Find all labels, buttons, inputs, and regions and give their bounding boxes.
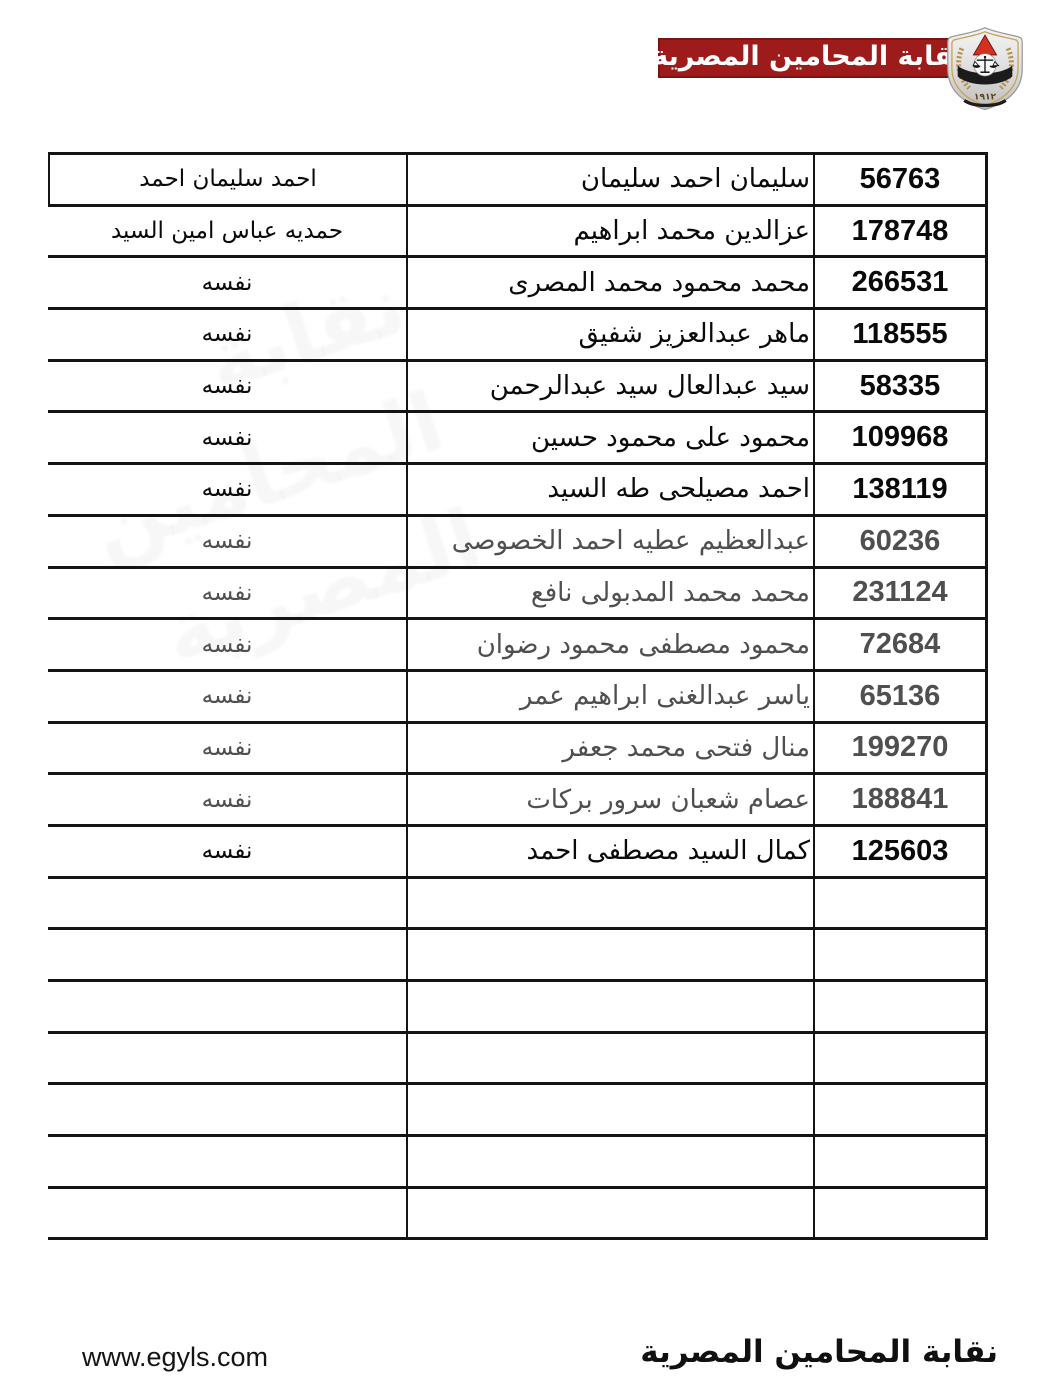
name-cell: سيد عبدالعال سيد عبدالرحمن xyxy=(408,362,815,411)
number-cell xyxy=(815,1085,988,1134)
document-page: نقابة المحامين المصرية xyxy=(0,0,1050,1400)
number-cell xyxy=(815,982,988,1031)
table-row: نفسهماهر عبدالعزيز شفيق118555 xyxy=(48,310,988,362)
name-cell xyxy=(408,1189,815,1238)
number-cell: 266531 xyxy=(815,258,988,307)
number-cell: 125603 xyxy=(815,827,988,876)
name-cell xyxy=(408,1137,815,1186)
table-row: احمد سليمان احمدسليمان احمد سليمان56763 xyxy=(48,155,988,207)
agent-cell xyxy=(48,879,408,928)
agent-cell: نفسه xyxy=(48,310,408,359)
empty-table-row xyxy=(48,930,988,982)
empty-table-row xyxy=(48,982,988,1034)
name-cell: منال فتحى محمد جعفر xyxy=(408,724,815,773)
header-banner-title: نقابة المحامين المصرية xyxy=(652,43,964,74)
number-cell: 109968 xyxy=(815,413,988,462)
number-cell xyxy=(815,1189,988,1238)
empty-table-row xyxy=(48,1137,988,1189)
number-cell: 178748 xyxy=(815,207,988,256)
table-row: نفسهعبدالعظيم عطيه احمد الخصوصى60236 xyxy=(48,517,988,569)
number-cell xyxy=(815,1034,988,1083)
empty-table-row xyxy=(48,1034,988,1086)
agent-cell: نفسه xyxy=(48,724,408,773)
name-cell: محمد محمود محمد المصرى xyxy=(408,258,815,307)
name-cell: محمود مصطفى محمود رضوان xyxy=(408,620,815,669)
name-cell xyxy=(408,879,815,928)
number-cell: 118555 xyxy=(815,310,988,359)
agent-cell: نفسه xyxy=(48,413,408,462)
header-banner: نقابة المحامين المصرية xyxy=(658,38,958,78)
bar-association-emblem-icon: ١٩١٢ xyxy=(942,26,1028,112)
table-row: نفسهمنال فتحى محمد جعفر199270 xyxy=(48,724,988,776)
agent-cell: نفسه xyxy=(48,362,408,411)
name-cell: محمود على محمود حسين xyxy=(408,413,815,462)
agent-cell: نفسه xyxy=(48,465,408,514)
agent-cell xyxy=(48,982,408,1031)
name-cell xyxy=(408,1034,815,1083)
name-cell: عبدالعظيم عطيه احمد الخصوصى xyxy=(408,517,815,566)
agent-cell: نفسه xyxy=(48,827,408,876)
agent-cell: نفسه xyxy=(48,517,408,566)
table-row: نفسهمحمد محمود محمد المصرى266531 xyxy=(48,258,988,310)
table-row: نفسهسيد عبدالعال سيد عبدالرحمن58335 xyxy=(48,362,988,414)
agent-cell xyxy=(48,1085,408,1134)
empty-table-row xyxy=(48,879,988,931)
empty-table-row xyxy=(48,1189,988,1241)
number-cell: 58335 xyxy=(815,362,988,411)
number-cell xyxy=(815,930,988,979)
agent-cell xyxy=(48,930,408,979)
name-cell: كمال السيد مصطفى احمد xyxy=(408,827,815,876)
agent-cell: نفسه xyxy=(48,672,408,721)
agent-cell xyxy=(48,1137,408,1186)
agent-cell: نفسه xyxy=(48,569,408,618)
name-cell: عزالدين محمد ابراهيم xyxy=(408,207,815,256)
table-row: نفسهاحمد مصيلحى طه السيد138119 xyxy=(48,465,988,517)
name-cell: عصام شعبان سرور بركات xyxy=(408,775,815,824)
number-cell: 65136 xyxy=(815,672,988,721)
name-cell: ماهر عبدالعزيز شفيق xyxy=(408,310,815,359)
name-cell xyxy=(408,982,815,1031)
emblem-year: ١٩١٢ xyxy=(974,93,997,103)
number-cell: 56763 xyxy=(815,155,988,204)
table-row: نفسهكمال السيد مصطفى احمد125603 xyxy=(48,827,988,879)
table-row: نفسهياسر عبدالغنى ابراهيم عمر65136 xyxy=(48,672,988,724)
empty-table-row xyxy=(48,1085,988,1137)
footer-org-name: نقابة المحامين المصرية xyxy=(640,1334,998,1370)
name-cell: ياسر عبدالغنى ابراهيم عمر xyxy=(408,672,815,721)
agent-cell: نفسه xyxy=(48,258,408,307)
table-row: نفسهمحمود على محمود حسين109968 xyxy=(48,413,988,465)
table-row: حمديه عباس امين السيدعزالدين محمد ابراهي… xyxy=(48,207,988,259)
agent-cell xyxy=(48,1034,408,1083)
name-cell: احمد مصيلحى طه السيد xyxy=(408,465,815,514)
table-row: نفسهمحمد محمد المدبولى نافع231124 xyxy=(48,569,988,621)
table-row: نفسهمحمود مصطفى محمود رضوان72684 xyxy=(48,620,988,672)
agent-cell: نفسه xyxy=(48,775,408,824)
name-cell: سليمان احمد سليمان xyxy=(408,155,815,204)
number-cell: 199270 xyxy=(815,724,988,773)
agent-cell xyxy=(48,1189,408,1238)
number-cell: 138119 xyxy=(815,465,988,514)
name-cell: محمد محمد المدبولى نافع xyxy=(408,569,815,618)
number-cell: 60236 xyxy=(815,517,988,566)
number-cell: 231124 xyxy=(815,569,988,618)
agent-cell: احمد سليمان احمد xyxy=(48,155,408,204)
number-cell xyxy=(815,879,988,928)
number-cell: 188841 xyxy=(815,775,988,824)
number-cell xyxy=(815,1137,988,1186)
number-cell: 72684 xyxy=(815,620,988,669)
footer-website: www.egyls.com xyxy=(82,1342,268,1373)
name-cell xyxy=(408,930,815,979)
agent-cell: نفسه xyxy=(48,620,408,669)
table-row: نفسهعصام شعبان سرور بركات188841 xyxy=(48,775,988,827)
name-cell xyxy=(408,1085,815,1134)
agent-cell: حمديه عباس امين السيد xyxy=(48,207,408,256)
registry-table: احمد سليمان احمدسليمان احمد سليمان56763ح… xyxy=(48,152,988,1240)
